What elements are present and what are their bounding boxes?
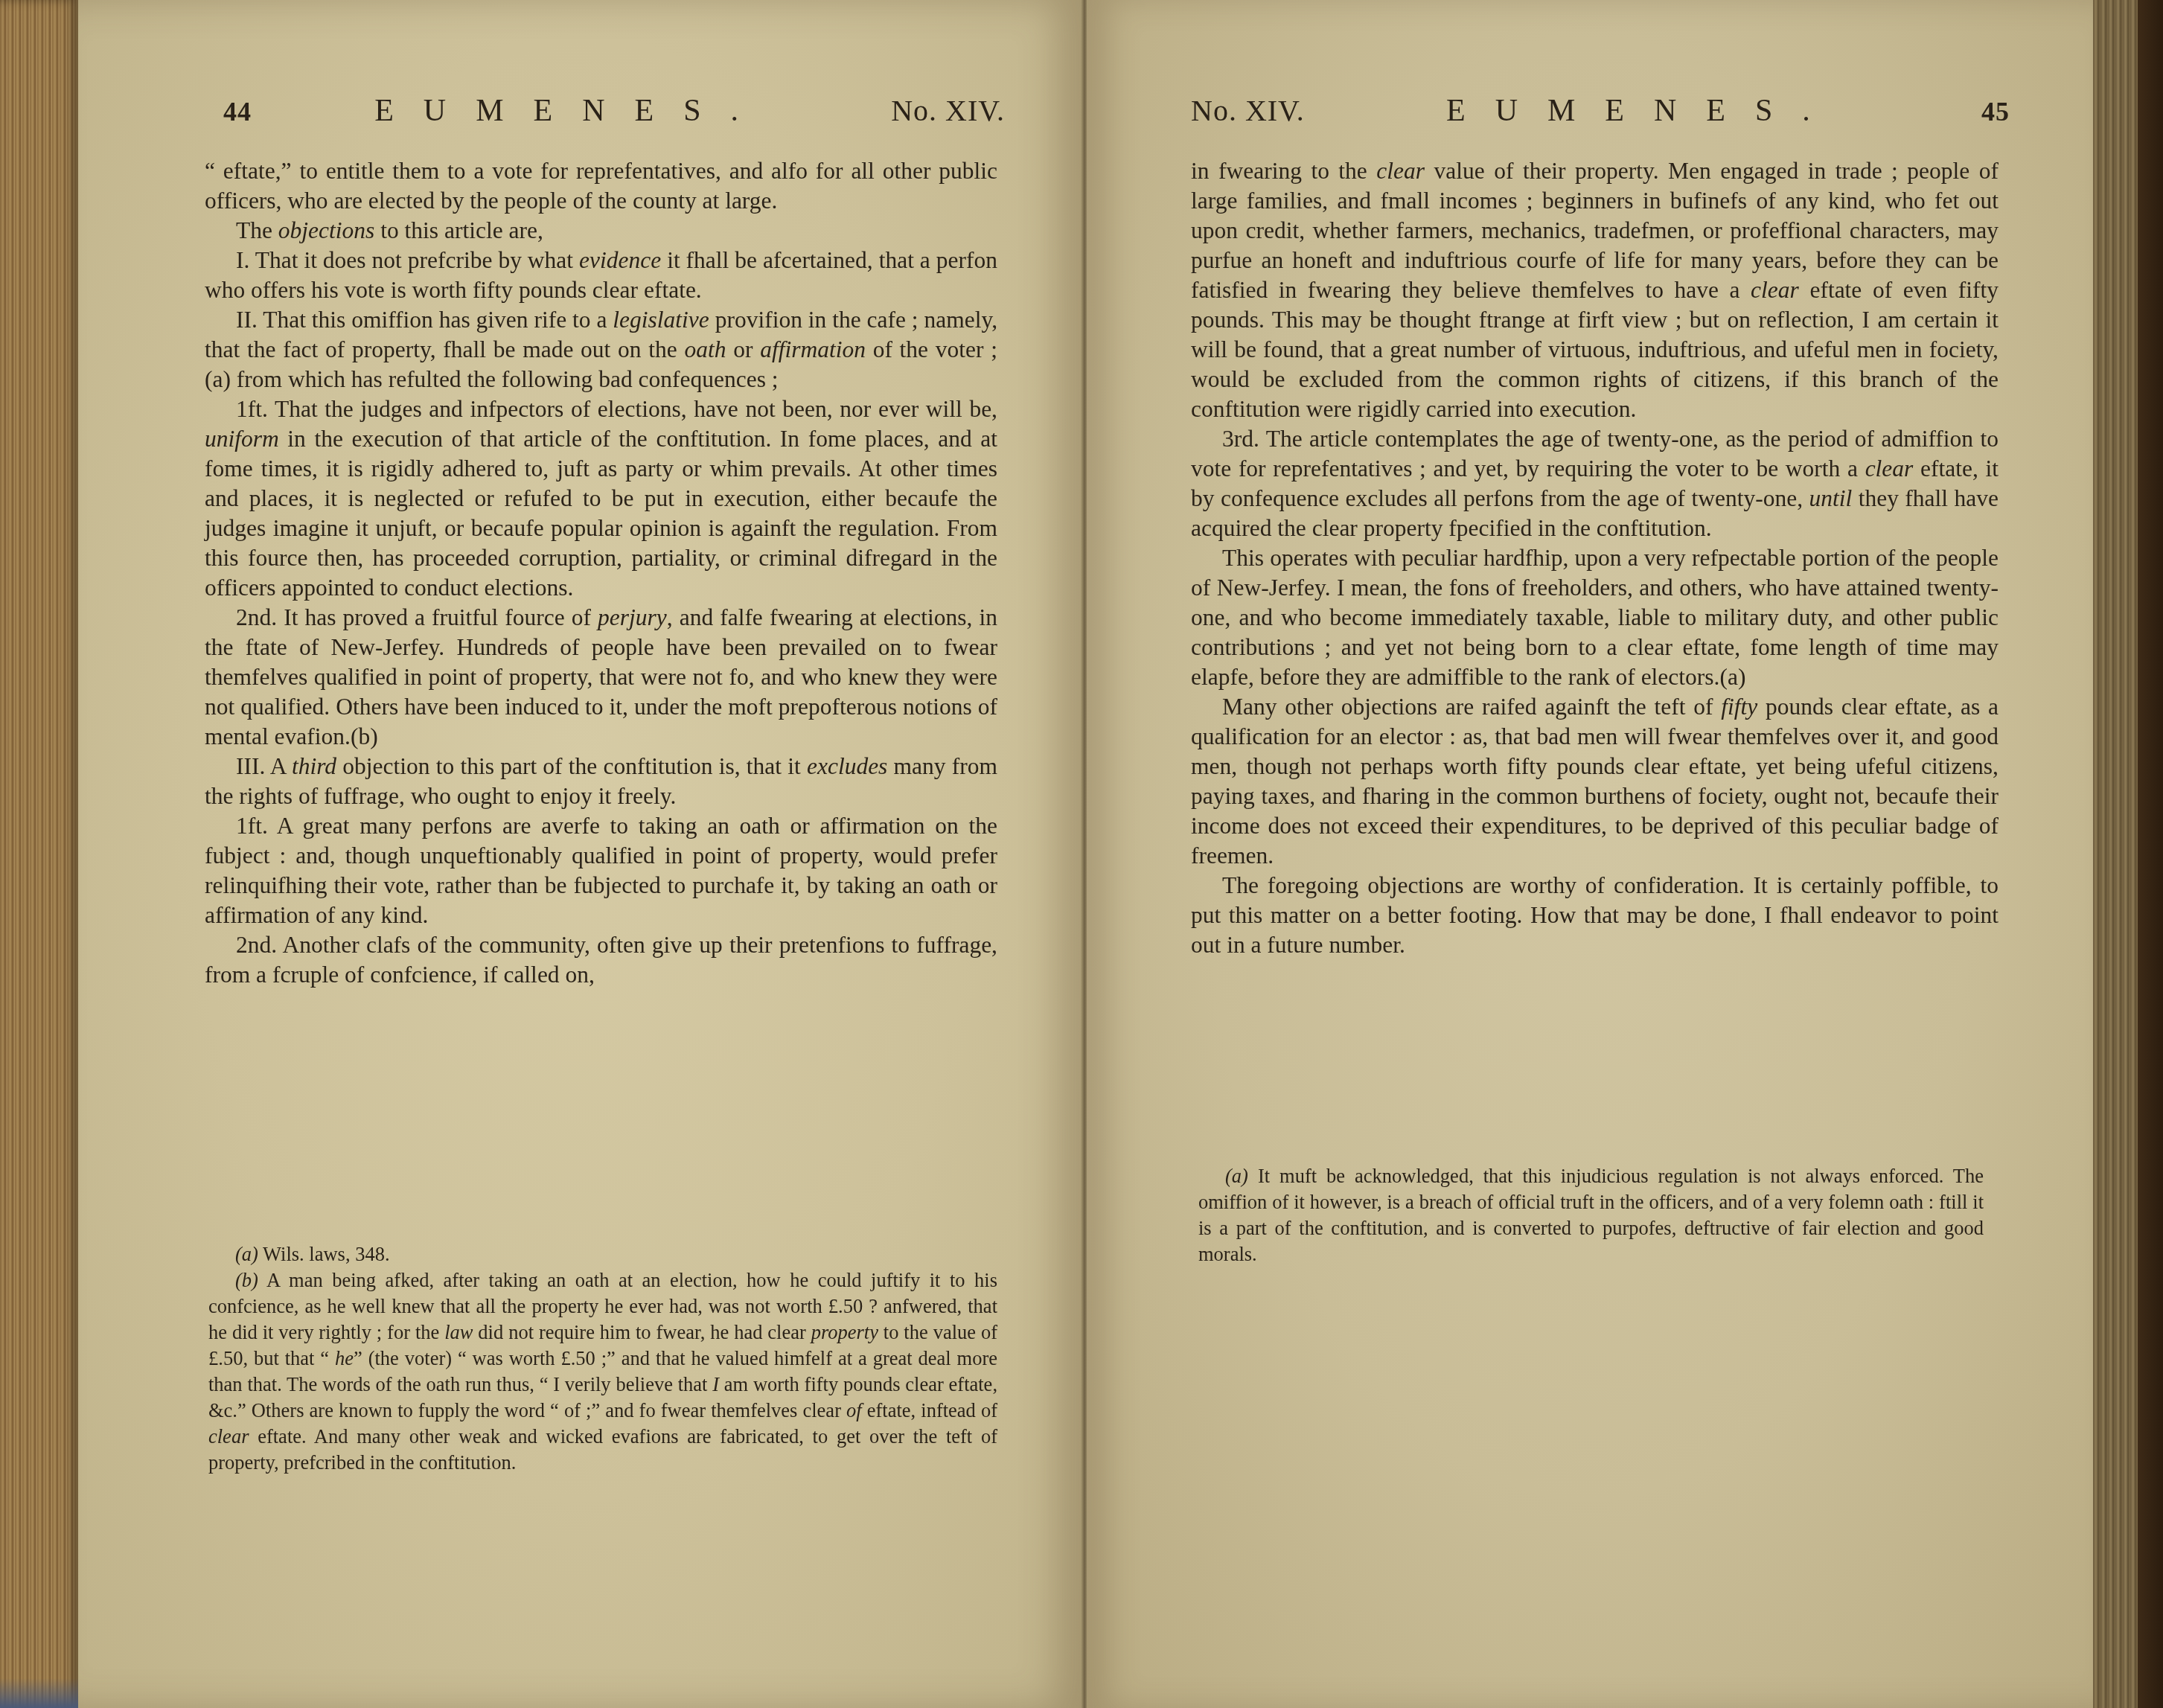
- issue-number: No. XIV.: [1191, 93, 1305, 128]
- paragraph: in fwearing to the clear value of their …: [1191, 156, 1999, 424]
- paragraph: 2nd. It has proved a fruitful fource of …: [205, 603, 997, 752]
- left-page-edges: [0, 0, 78, 1708]
- right-running-head: No. XIV. EUMENES. 45: [1191, 93, 2010, 138]
- paragraph: III. A third objection to this part of t…: [205, 752, 997, 811]
- right-page: No. XIV. EUMENES. 45 in fwearing to the …: [1087, 0, 2093, 1708]
- right-page-edges: [2093, 0, 2163, 1708]
- running-title: EUMENES.: [1446, 94, 1840, 128]
- paragraph: I. That it does not prefcribe by what ev…: [205, 246, 997, 305]
- paragraph: 1ft. That the judges and infpectors of e…: [205, 394, 997, 603]
- paragraph: Many other objections are raifed againft…: [1191, 692, 1999, 871]
- left-body-text: “ eftate,” to entitle them to a vote for…: [205, 156, 997, 990]
- left-page: 44 EUMENES. No. XIV. “ eftate,” to entit…: [78, 0, 1087, 1708]
- running-title: EUMENES.: [374, 94, 768, 128]
- issue-number: No. XIV.: [891, 93, 1005, 128]
- page-number: 45: [1981, 96, 2010, 127]
- paragraph: 3rd. The article contemplates the age of…: [1191, 424, 1999, 543]
- page-number: 44: [223, 96, 252, 127]
- left-footnotes: (a) Wils. laws, 348. (b) A man being afk…: [208, 1241, 997, 1476]
- paragraph: II. That this omiffion has given rife to…: [205, 305, 997, 394]
- paragraph: “ eftate,” to entitle them to a vote for…: [205, 156, 997, 216]
- right-body-text: in fwearing to the clear value of their …: [1191, 156, 1999, 960]
- paragraph: This operates with peculiar hardfhip, up…: [1191, 543, 1999, 692]
- paragraph: 1ft. A great many perfons are averfe to …: [205, 811, 997, 930]
- footnote: (b) A man being afked, after taking an o…: [208, 1267, 997, 1476]
- footnote: (a) Wils. laws, 348.: [208, 1241, 997, 1267]
- left-running-head: 44 EUMENES. No. XIV.: [223, 93, 1005, 138]
- book-spread: 44 EUMENES. No. XIV. “ eftate,” to entit…: [0, 0, 2163, 1708]
- paragraph: The objections to this article are,: [205, 216, 997, 246]
- paragraph: The foregoing objections are worthy of c…: [1191, 871, 1999, 960]
- footnote: (a) It muft be acknowledged, that this i…: [1198, 1163, 1984, 1267]
- right-footnotes: (a) It muft be acknowledged, that this i…: [1198, 1163, 1984, 1267]
- paragraph: 2nd. Another clafs of the community, oft…: [205, 930, 997, 990]
